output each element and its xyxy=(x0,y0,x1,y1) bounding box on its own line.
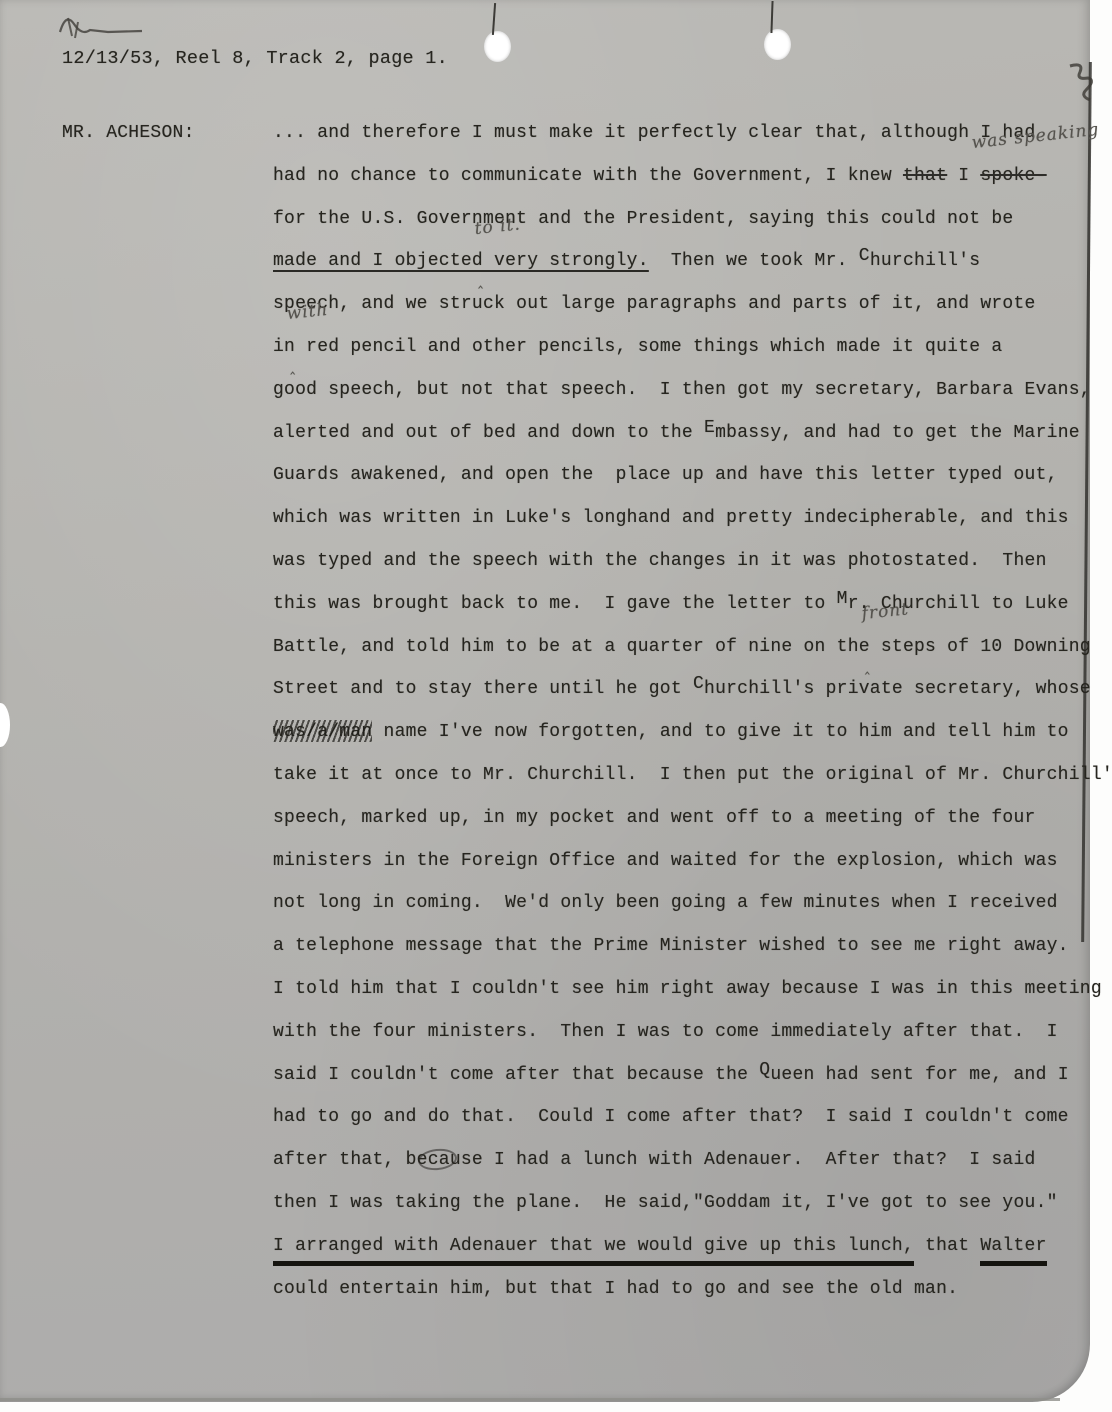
hole-punch xyxy=(484,31,511,62)
edge-squiggle-icon xyxy=(1060,58,1100,104)
transcript-line: was/a/man name I've now forgotten, and t… xyxy=(273,711,1112,754)
transcript-line: could entertain him, but that I had to g… xyxy=(273,1268,1112,1311)
text-segment: Street and to stay there until he got xyxy=(273,679,693,699)
text-segment: had no chance to communicate with the Go… xyxy=(273,166,903,186)
text-segment: M xyxy=(837,578,848,621)
text-segment: Walter xyxy=(980,1237,1046,1266)
text-segment: that xyxy=(903,166,947,186)
text-segment: name I've now forgotten, and to give it … xyxy=(372,722,1068,742)
transcript-line: a telephone message that the Prime Minis… xyxy=(273,925,1112,968)
hole-punch xyxy=(764,29,791,60)
text-segment: was/a/man xyxy=(273,722,372,742)
text-segment: hurchill's xyxy=(870,251,981,271)
transcript-line: after that, because I had a lunch with A… xyxy=(273,1139,1112,1182)
text-segment: I had a lunch with Adenauer. After that?… xyxy=(483,1150,1036,1170)
text-segment: a telephone message that the Prime Minis… xyxy=(273,936,1069,956)
text-segment: take it at once to Mr. Churchill. I then… xyxy=(273,765,1112,785)
transcript-line: had to go and do that. Could I come afte… xyxy=(273,1096,1112,1139)
text-segment: could entertain him, but that I had to g… xyxy=(273,1279,958,1299)
page-header: 12/13/53, Reel 8, Track 2, page 1. xyxy=(62,48,448,69)
text-segment: very strongly. xyxy=(483,251,649,271)
transcript-line: with the four ministers. Then I was to c… xyxy=(273,1011,1112,1054)
text-segment: alerted and out of bed and down to the xyxy=(273,423,704,443)
text-segment: ... and therefore I must make it perfect… xyxy=(273,123,1036,143)
transcript-line: speech, and we struck out large paragrap… xyxy=(273,283,1112,326)
text-segment: Battle, and told him to be at a quarter … xyxy=(273,637,870,657)
transcript-line: which was written in Luke's longhand and… xyxy=(273,497,1112,540)
text-segment: said I couldn't come after that because … xyxy=(273,1065,759,1085)
text-segment: I xyxy=(947,166,980,186)
text-segment: Q xyxy=(759,1049,770,1092)
text-segment: not long in coming. We'd only been going… xyxy=(273,893,1058,913)
transcript-line: Battle, and told him to be at a quarter … xyxy=(273,626,1112,669)
text-segment: with the four ministers. Then I was to c… xyxy=(273,1022,1058,1042)
speaker-label: MR. ACHESON: xyxy=(62,112,195,155)
transcript-line: said I couldn't come after that because … xyxy=(273,1054,1112,1097)
text-segment: Guards awakened, and open the place up a… xyxy=(273,465,1058,485)
text-segment: speech, and we struck out large paragrap… xyxy=(273,294,1036,314)
transcript-line: ministers in the Foreign Office and wait… xyxy=(273,840,1112,883)
transcript-line: Guards awakened, and open the place up a… xyxy=(273,454,1112,497)
text-segment: then I was taking the plane. He said,"Go… xyxy=(273,1193,1058,1213)
text-segment: speech, marked up, in my pocket and went… xyxy=(273,808,1036,828)
text-segment: C xyxy=(859,235,870,278)
text-segment: E xyxy=(704,407,715,450)
text-segment: was typed and the speech with the change… xyxy=(273,551,1047,571)
text-segment: hurchill's private secretary, whose xyxy=(704,679,1091,699)
transcript-line: this was brought back to me. I gave the … xyxy=(273,583,1112,626)
caret-mark: ‸ xyxy=(478,259,483,302)
transcript-line: was typed and the speech with the change… xyxy=(273,540,1112,583)
caret-mark: ‸ xyxy=(865,645,870,688)
pencil-scribble-icon xyxy=(38,8,218,48)
transcript-line: then I was taking the plane. He said,"Go… xyxy=(273,1182,1112,1225)
scanned-document-page: 12/13/53, Reel 8, Track 2, page 1. MR. A… xyxy=(0,0,1112,1412)
handwritten-annotation: front xyxy=(859,588,911,636)
transcript-line: I arranged with Adenauer that we would g… xyxy=(273,1225,1112,1268)
transcript-line: inwith‸ red pencil and other pencils, so… xyxy=(273,326,1112,369)
text-segment: good speech, but not that speech. I then… xyxy=(273,380,1091,400)
text-segment: spoke- xyxy=(980,166,1046,186)
transcript-line: not long in coming. We'd only been going… xyxy=(273,882,1112,925)
transcript-lines: ... and therefore I must make it perfect… xyxy=(273,112,1112,1310)
text-segment: Then we took Mr. xyxy=(649,251,859,271)
transcript-line: take it at once to Mr. Churchill. I then… xyxy=(273,754,1112,797)
text-segment: had to go and do that. Could I come afte… xyxy=(273,1107,1069,1127)
handwritten-annotation: with xyxy=(285,289,331,336)
caret-mark: ‸ xyxy=(290,345,295,388)
text-segment: that xyxy=(914,1236,980,1256)
text-segment: because xyxy=(406,1150,483,1170)
text-segment: I arranged with Adenauer that we would g… xyxy=(273,1237,914,1266)
text-segment: which was written in Luke's longhand and… xyxy=(273,508,1069,528)
text-segment: made and I objected xyxy=(273,251,483,271)
transcript-line: had no chance to communicate with the Go… xyxy=(273,155,1112,198)
text-segment: ueen had sent for me, and I xyxy=(770,1065,1068,1085)
transcript-line: made and I objectedto it.‸ very strongly… xyxy=(273,240,1112,283)
transcript-line: for the U.S. Government and the Presiden… xyxy=(273,198,1112,241)
text-segment: I told him that I couldn't see him right… xyxy=(273,979,1102,999)
text-segment: this was brought back to me. I gave the … xyxy=(273,594,837,614)
text-segment: red pencil and other pencils, some thing… xyxy=(295,337,1002,357)
text-segment: C xyxy=(693,663,704,706)
text-segment: ministers in the Foreign Office and wait… xyxy=(273,851,1058,871)
transcript-line: speech, marked up, in my pocket and went… xyxy=(273,797,1112,840)
page-bottom-edge xyxy=(0,1398,1060,1401)
handwritten-annotation: to it. xyxy=(473,203,523,250)
text-segment: after that, xyxy=(273,1150,406,1170)
transcript-line: Street and to stay there until he got Ch… xyxy=(273,668,1112,711)
text-segment: for the U.S. Government and the Presiden… xyxy=(273,209,1013,229)
transcript-line: good speech, but not that speech. I then… xyxy=(273,369,1112,412)
transcript-line: alerted and out of bed and down to the E… xyxy=(273,412,1112,455)
text-segment: mbassy, and had to get the Marine xyxy=(715,423,1080,443)
text-segment: steps of 10 Downing xyxy=(870,637,1091,657)
transcript-line: I told him that I couldn't see him right… xyxy=(273,968,1112,1011)
